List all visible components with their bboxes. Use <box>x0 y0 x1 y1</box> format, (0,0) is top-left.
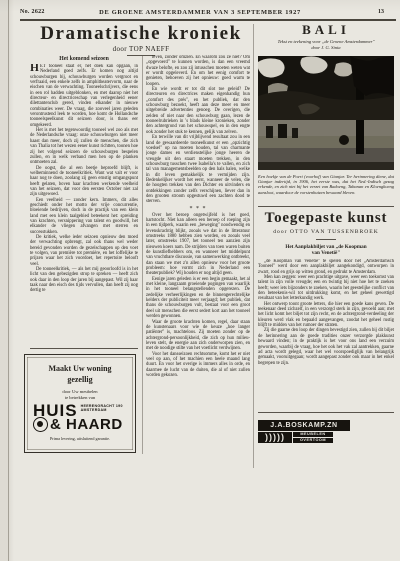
paragraph: Voor het dansseizoen rechtsomme, komt he… <box>146 352 250 379</box>
ad-footer: Prima levering, uitsluitend garantie. <box>25 436 135 441</box>
toegepaste-kunst-title: Toegepaste kunst <box>258 210 394 227</box>
drop-cap: H <box>30 64 40 74</box>
ad-divider-rule <box>258 412 394 413</box>
paragraph: Men kan zeggen: weer een prachtige uitga… <box>258 275 394 302</box>
toegepaste-kunst-byline: door OTTO VAN TUSSENBROEK <box>258 229 394 235</box>
article-column-2: leven, zonder omzien. En waarom zou ze n… <box>146 55 250 462</box>
page-fold-line <box>8 0 9 561</box>
paragraph: „de Koopman van Venetië" te spelen door … <box>258 259 394 275</box>
paragraph: Waar de groote krachten komen, regel, da… <box>146 320 250 352</box>
paragraph: De tooneelkritiek, — als het mij geoorlo… <box>30 267 138 294</box>
paragraph: Over het beroep ongetwijfeld is het goed… <box>146 213 250 277</box>
section-heading: Het komend seizoen <box>30 56 138 62</box>
section-separator: * * * <box>146 205 250 213</box>
brand-haard: & HAARD <box>50 418 123 431</box>
boskamp-chevrons-icon: ))))) <box>258 432 292 443</box>
bali-caption: Een hoekje van de Poeri (voorhof) van Gi… <box>258 174 394 195</box>
paragraph: HET tooneel staat er, het doek kan opgaa… <box>30 64 138 128</box>
bali-byline: door J. G. Sinia <box>258 45 394 50</box>
paragraph: Zij die gaarne den loop der dingen beves… <box>258 328 394 365</box>
ad-headline: Maakt Uw woning <box>25 364 135 373</box>
right-column-rule <box>258 206 394 207</box>
newspaper-page: No. 2622 DE GROENE AMSTERDAMMER VAN 3 SE… <box>0 0 400 561</box>
page-number: 13 <box>378 9 384 15</box>
column1-bottom-rule <box>30 348 138 349</box>
byline-rule-small <box>316 239 336 240</box>
paragraph: En wie wordt er tot dit slot toe geleid?… <box>146 87 250 135</box>
masthead-title: DE GROENE AMSTERDAMMER VAN 3 SEPTEMBER 1… <box>0 9 400 16</box>
paragraph: leven, zonder omzien. En waarom zou ze n… <box>146 55 250 87</box>
paragraph: En terwille van dit vrijblijvend resulta… <box>146 135 250 204</box>
huis-en-haard-ad: Maakt Uw woning gezellig door Uw meubele… <box>24 354 136 453</box>
bali-illustration <box>258 56 394 170</box>
boskamp-ad: J.A.BOSKAMP.ZN ))))) MEUBELEN OVERTOOM <box>258 420 394 468</box>
ad-text2: te betrekken van <box>25 395 135 400</box>
ad-text: door Uw meubelen <box>25 389 135 394</box>
paragraph: Het ontwerp toont groote letters, die hi… <box>258 302 394 329</box>
ad-headline2: gezellig <box>25 375 135 384</box>
article-byline: door TOP NAEFF <box>30 45 252 53</box>
huis-haard-logo: HUIS HEERENGRACHT 190 AMSTERDAM & HAARD <box>33 404 129 432</box>
boskamp-overtoom: OVERTOOM <box>293 438 333 443</box>
paragraph: Eenige jaren geleden is er een begin gem… <box>146 277 250 320</box>
article-column-1: HET tooneel staat er, het doek kan opgaa… <box>30 64 138 343</box>
ad-address: HEERENGRACHT 190 AMSTERDAM <box>81 404 123 412</box>
paragraph: De kritiek, welke ieder seizoen opnieuw … <box>30 235 138 267</box>
boskamp-meubelen: MEUBELEN <box>293 432 333 437</box>
bali-subtitle: Tekst en teekening voor „de Groene Amste… <box>258 39 394 44</box>
masthead-rule <box>20 19 396 21</box>
paragraph: Het is met het tegenwoordig tooneel wel … <box>30 128 138 165</box>
column-divider-2 <box>253 24 254 468</box>
boskamp-brand: J.A.BOSKAMP.ZN <box>258 420 350 431</box>
seal-icon <box>33 417 48 432</box>
toegepaste-body: „de Koopman van Venetië" te spelen door … <box>258 259 394 407</box>
paragraph: Een veelheid — zonder kern. Immers, dit … <box>30 198 138 235</box>
toegepaste-subheading: Het Aanplakbiljet van „de Koopman van Ve… <box>258 244 394 256</box>
bali-title: BALI <box>258 22 394 38</box>
paragraph: De oogst, die al een beetje beproefd bli… <box>30 166 138 198</box>
article-title: Dramatische kroniek <box>30 23 252 45</box>
column-divider-1 <box>142 56 143 454</box>
